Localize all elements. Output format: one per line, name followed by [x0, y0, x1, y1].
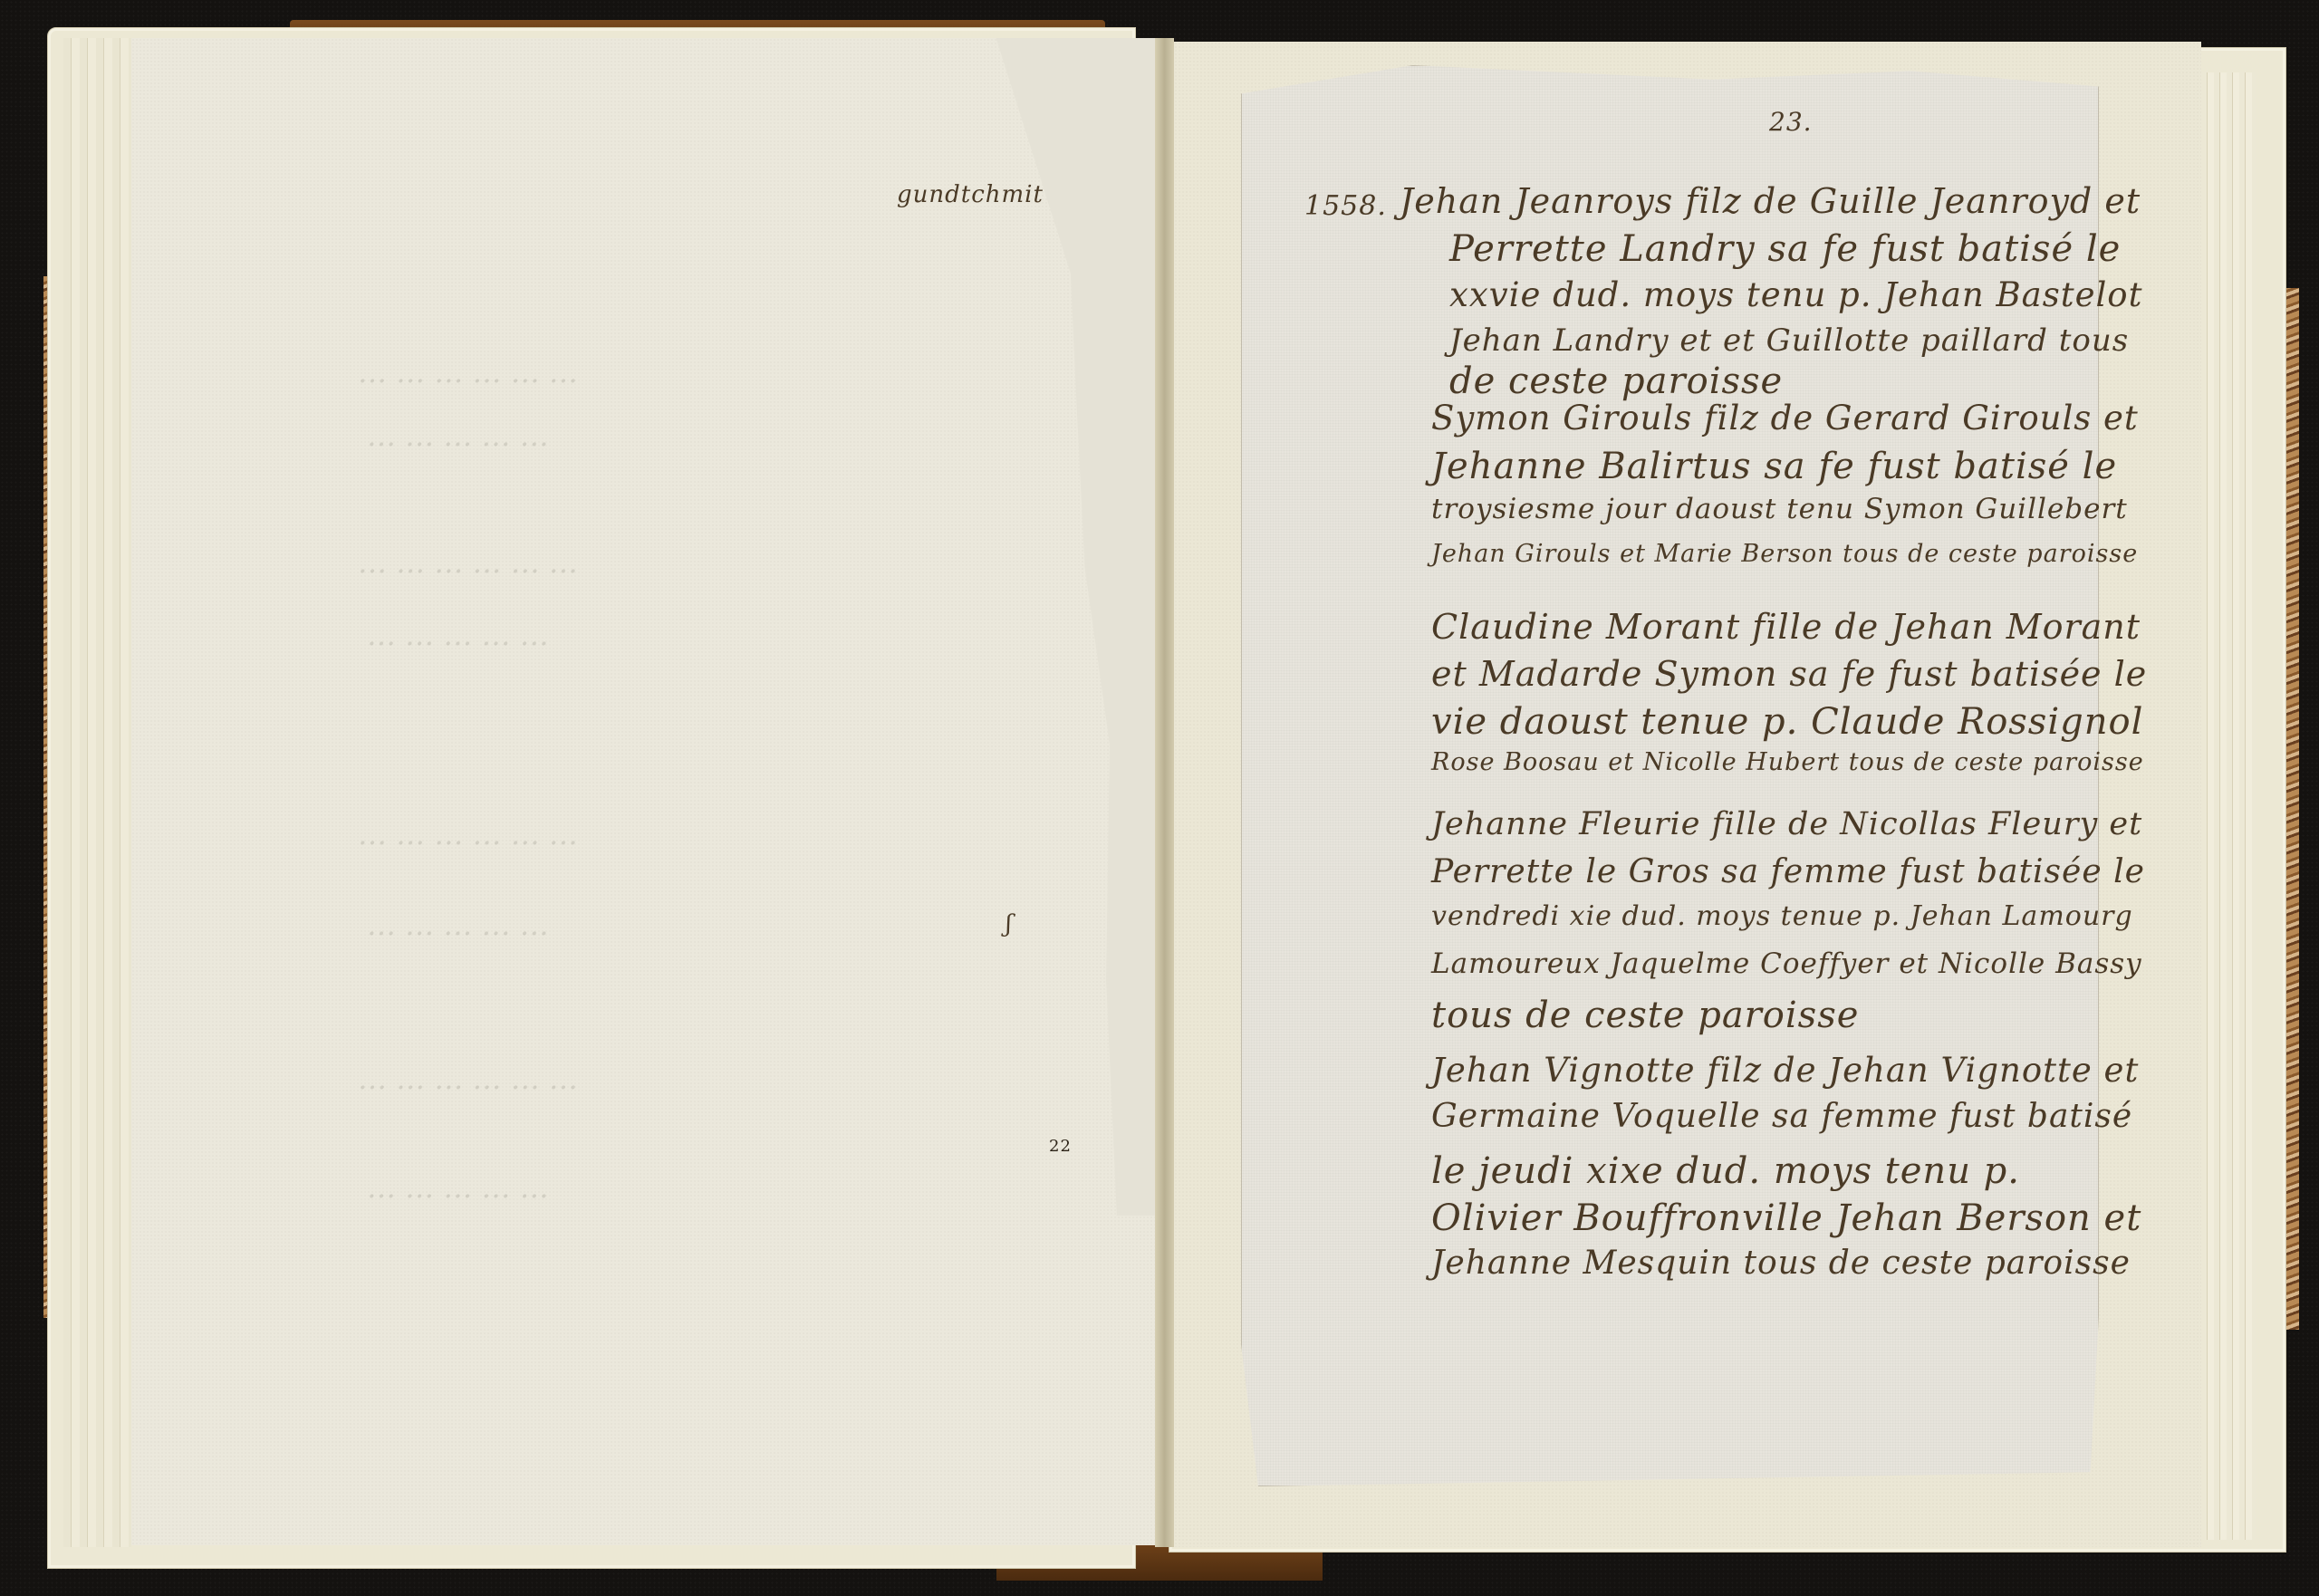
bleed-line: … … … … … — [367, 1170, 549, 1205]
entry-line: tous de ceste paroisse — [1431, 995, 1859, 1036]
entry-line: Jehanne Mesquin tous de ceste paroisse — [1431, 1245, 2131, 1282]
page-edges-left — [63, 38, 131, 1547]
margin-year: 1558. — [1304, 190, 1387, 222]
entry-line: de ceste paroisse — [1449, 361, 1783, 402]
entry-line: troysiesme jour daoust tenu Symon Guille… — [1431, 493, 2128, 525]
entry-line: Jehan Girouls et Marie Berson tous de ce… — [1431, 540, 2138, 568]
entry-line: Claudine Morant fille de Jehan Morant — [1431, 607, 2141, 647]
open-book: … … … … … … … … … … … … … … … … … … … … … — [0, 0, 2319, 1596]
entry-line: vie daoust tenue p. Claude Rossignol — [1431, 701, 2143, 743]
entry-line: Germaine Voquelle sa femme fust batisé — [1431, 1098, 2132, 1135]
entry-line: vendredi xie dud. moys tenue p. Jehan La… — [1431, 900, 2133, 932]
entry-line: Jehan Jeanroys filz de Guille Jeanroyd e… — [1400, 181, 2141, 221]
bleed-line: … … … … … … — [358, 355, 578, 389]
bleed-line: … … … … … — [367, 618, 549, 652]
bleed-line: … … … … … … — [358, 1062, 578, 1096]
bleed-line: … … … … … — [367, 418, 549, 453]
gutter — [1155, 38, 1174, 1547]
entry-line: Jehanne Fleurie fille de Nicollas Fleury… — [1431, 806, 2142, 842]
entry-line: xxvie dud. moys tenu p. Jehan Bastelot — [1449, 275, 2142, 314]
fragment-text: gundtchmit — [897, 181, 1044, 208]
page-number: 23. — [1769, 107, 1813, 137]
entry-line: Lamoureux Jaquelme Coeffyer et Nicolle B… — [1431, 947, 2142, 980]
bleed-line: … … … … … — [367, 908, 549, 942]
folio-mark: 22 — [1049, 1137, 1072, 1156]
entry-line: Olivier Bouffronville Jehan Berson et — [1431, 1197, 2141, 1239]
entry-line: le jeudi xixe dud. moys tenu p. — [1431, 1150, 2020, 1192]
page-edges-right — [2201, 72, 2256, 1540]
entry-line: Perrette le Gros sa femme fust batisée l… — [1431, 853, 2145, 890]
entry-line: Perrette Landry sa fe fust batisé le — [1449, 228, 2121, 270]
entry-line: Jehan Vignotte filz de Jehan Vignotte et — [1431, 1051, 2139, 1090]
entry-line: Jehanne Balirtus sa fe fust batisé le — [1431, 446, 2117, 487]
bleed-line: … … … … … … — [358, 817, 578, 851]
entry-line: Symon Girouls filz de Gerard Girouls et — [1431, 399, 2139, 437]
bleed-line: … … … … … … — [358, 545, 578, 580]
entry-line: et Madarde Symon sa fe fust batisée le — [1431, 654, 2147, 694]
entry-line: Rose Boosau et Nicolle Hubert tous de ce… — [1431, 748, 2144, 776]
entry-line: Jehan Landry et et Guillotte paillard to… — [1449, 322, 2129, 359]
left-page: … … … … … … … … … … … … … … … … … … … … … — [131, 38, 1155, 1545]
edge-mark: ʃ — [1006, 910, 1013, 937]
